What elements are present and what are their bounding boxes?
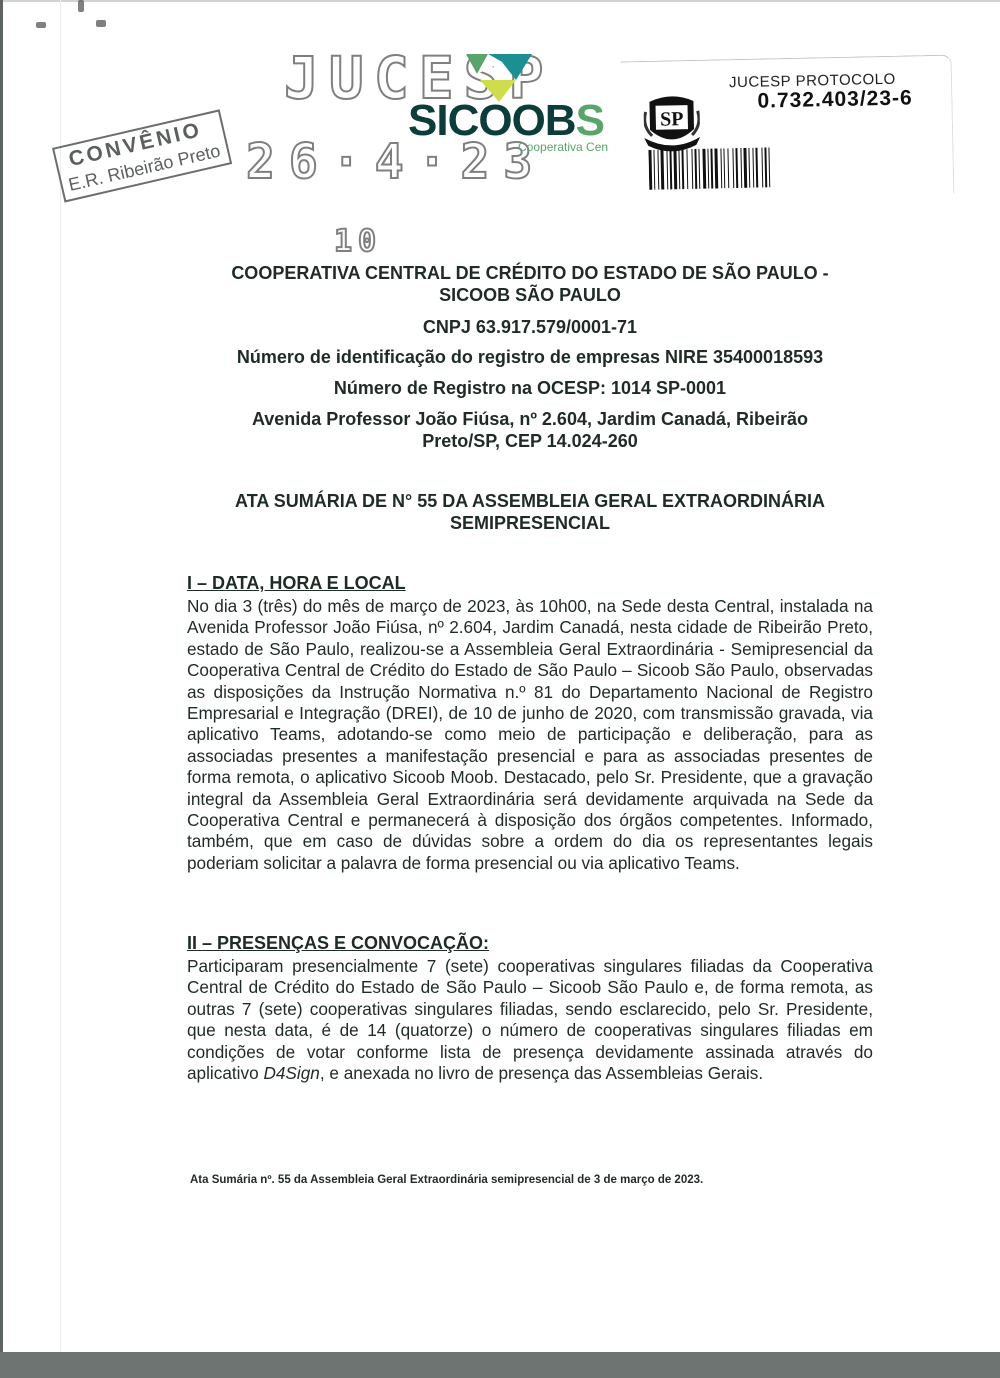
org-name-line2: SICOOB SÃO PAULO — [150, 284, 910, 306]
organization-name: COOPERATIVA CENTRAL DE CRÉDITO DO ESTADO… — [150, 262, 910, 306]
scan-left-edge — [0, 0, 3, 1352]
jucesp-protocol-label: SP JUCESP PROTOCOLO 0.732.403/23-6 — [621, 55, 955, 201]
d4sign-app-name: D4Sign — [263, 1063, 319, 1083]
section-title: II – PRESENÇAS E CONVOCAÇÃO: — [187, 932, 873, 954]
logo-subtitle: Cooperativa Cen — [518, 140, 608, 154]
cnpj: CNPJ 63.917.579/0001-71 — [150, 316, 910, 338]
section-title: I – DATA, HORA E LOCAL — [187, 572, 873, 594]
sicoob-triangle-icon — [466, 54, 532, 102]
barcode-icon — [648, 145, 889, 190]
convenio-stamp: CONVÊNIO E.R. Ribeirão Preto — [52, 109, 232, 202]
section-attendance: II – PRESENÇAS E CONVOCAÇÃO: Participara… — [187, 932, 873, 1084]
logo-brand: SICOOB — [408, 96, 576, 145]
ocesp-registration: Número de Registro na OCESP: 1014 SP-000… — [150, 377, 910, 399]
sicoob-logo: SICOOBS Cooperativa Cen — [408, 52, 624, 162]
section-body: No dia 3 (três) do mês de março de 2023,… — [187, 596, 873, 874]
page-fold-line — [60, 0, 61, 1352]
document-title: ATA SUMÁRIA DE N° 55 DA ASSEMBLEIA GERAL… — [150, 490, 910, 534]
section-body: Participaram presencialmente 7 (sete) co… — [187, 956, 873, 1084]
address-line1: Avenida Professor João Fiúsa, nº 2.604, … — [150, 408, 910, 430]
logo-brand-suffix: S — [576, 96, 604, 145]
address: Avenida Professor João Fiúsa, nº 2.604, … — [150, 408, 910, 452]
scan-smudge — [36, 22, 46, 28]
org-name-line1: COOPERATIVA CENTRAL DE CRÉDITO DO ESTADO… — [150, 262, 910, 284]
protocol-number: 0.732.403/23-6 — [757, 86, 913, 113]
svg-text:SP: SP — [660, 108, 684, 130]
document-title-line1: ATA SUMÁRIA DE N° 55 DA ASSEMBLEIA GERAL… — [150, 490, 910, 512]
scan-top-edge — [0, 0, 1000, 2]
scan-smudge — [78, 0, 84, 12]
section-date-time-place: I – DATA, HORA E LOCAL No dia 3 (três) d… — [187, 572, 873, 874]
scan-smudge — [96, 20, 106, 27]
page-footer: Ata Sumária nº. 55 da Assembleia Geral E… — [190, 1174, 703, 1186]
logo-wordmark: SICOOBS — [408, 96, 604, 146]
sao-paulo-crest-icon: SP — [643, 91, 700, 154]
nire: Número de identificação do registro de e… — [150, 346, 910, 368]
document-title-line2: SEMIPRESENCIAL — [150, 512, 910, 534]
address-line2: Preto/SP, CEP 14.024-260 — [150, 430, 910, 452]
perforation-sheet-number: 10 — [334, 224, 382, 259]
scanner-bottom-band — [0, 1352, 1000, 1378]
